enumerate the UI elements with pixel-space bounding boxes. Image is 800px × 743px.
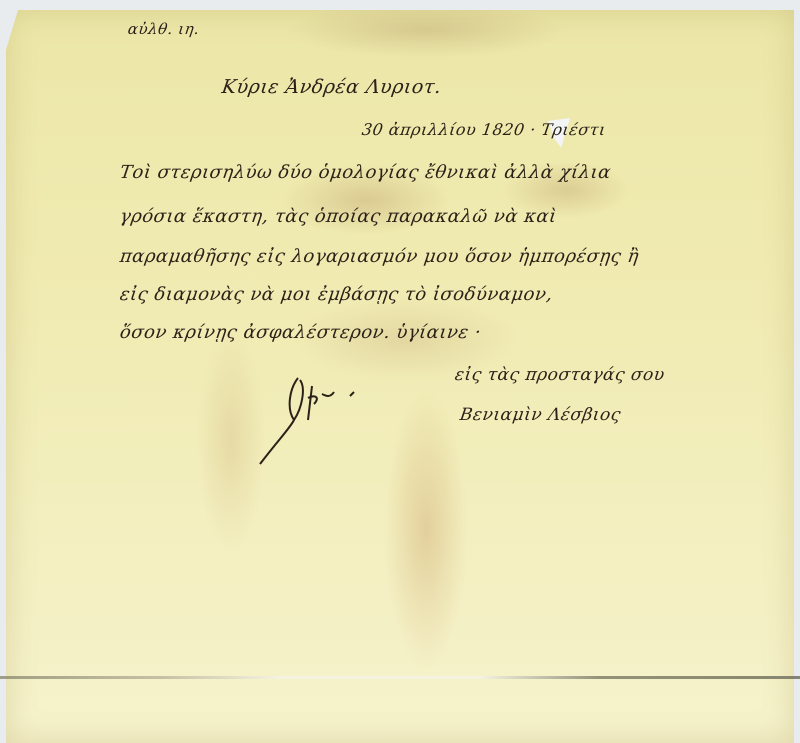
- signature-flourish-icon: [250, 368, 370, 468]
- letter-body-line: γρόσια ἕκαστη, τὰς ὁποίας παρακαλῶ νὰ κα…: [119, 206, 559, 227]
- letter-body-line: εἰς διαμονὰς νὰ μοι ἐμβάσῃς τὸ ἰσοδύναμο…: [119, 284, 555, 305]
- letter-salutation: Κύριε Ἀνδρέα Λυριοτ.: [220, 76, 443, 98]
- letter-body-line: παραμαθῆσης εἰς λογαριασμόν μου ὅσον ἡμπ…: [119, 246, 641, 267]
- letter-header-note: αὐλθ. ιη.: [127, 20, 201, 38]
- letter-body-line: Τοὶ στερισηλύω δύο ὁμολογίας ἔθνικαὶ ἀλλ…: [119, 162, 613, 183]
- letter-body-line: ὅσον κρίνῃς ἀσφαλέστερον. ὑγίαινε ·: [119, 322, 483, 343]
- letter-closing: εἰς τὰς προσταγάς σου: [454, 365, 666, 385]
- letter-signer-name: Βενιαμὶν Λέσβιος: [459, 405, 623, 425]
- letter-date: 30 ἀπριλλίου 1820 · Τριέστι: [361, 120, 608, 139]
- fold-line: [0, 676, 800, 679]
